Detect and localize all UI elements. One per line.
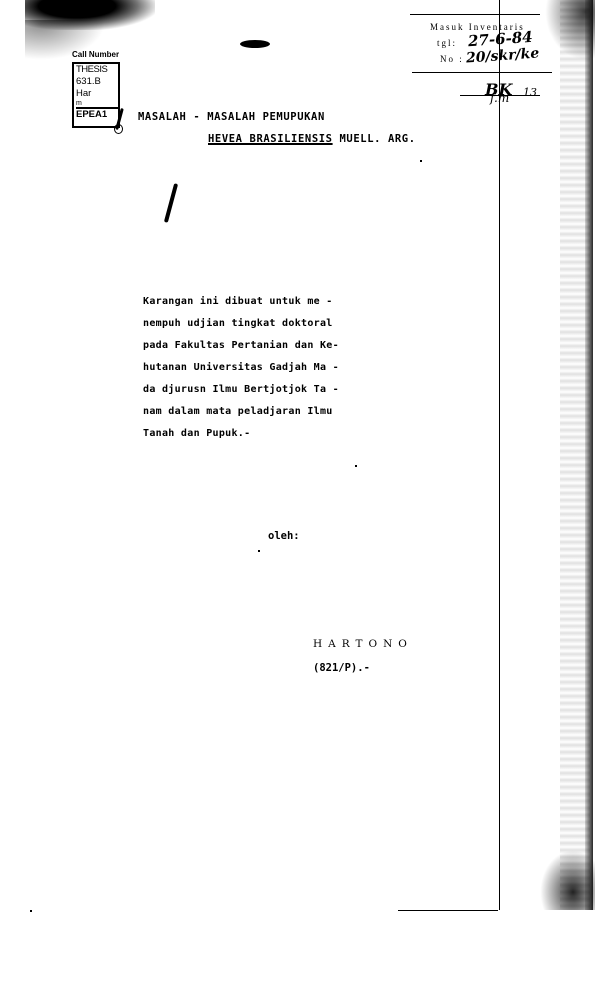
scan-noise — [545, 0, 595, 60]
scan-speck — [30, 910, 32, 912]
body-line: nam dalam mata peladjaran Ilmu — [143, 401, 339, 423]
handwritten-mark — [114, 124, 123, 134]
scan-noise — [540, 850, 595, 910]
margin-line — [499, 0, 500, 910]
stamp-line — [410, 14, 540, 15]
body-line: da djurusn Ilmu Bertjotjok Ta - — [143, 379, 339, 401]
call-number-label: Call Number — [72, 50, 119, 59]
call-number-line: 631.B — [76, 76, 118, 88]
species-author: MUELL. ARG. — [333, 133, 416, 145]
call-number-line: THESIS — [76, 64, 118, 76]
body-line: pada Fakultas Pertanian dan Ke- — [143, 335, 339, 357]
call-number-line: m — [76, 100, 118, 107]
document-title-line2: HEVEA BRASILIENSIS MUELL. ARG. — [208, 133, 416, 145]
body-line: nempuh udjian tingkat doktoral — [143, 313, 339, 335]
stamp-date-label: tgl: — [437, 38, 457, 48]
body-line: Tanah dan Pupuk.- — [143, 423, 339, 445]
stamp-line — [412, 72, 552, 73]
scan-speck — [420, 160, 422, 162]
author-id: (821/P).- — [313, 662, 370, 674]
stamp-signature-initials: f.m — [490, 91, 509, 105]
scanned-document-page: Call Number THESIS 631.B Har m EPEA1 Mas… — [0, 0, 614, 1008]
pen-stroke — [164, 183, 178, 223]
document-title-line1: MASALAH - MASALAH PEMUPUKAN — [138, 111, 325, 123]
scan-speck — [355, 465, 357, 467]
call-number-line: Har — [76, 88, 118, 100]
author-name: HARTONO — [313, 638, 413, 650]
page-right-edge — [585, 0, 593, 910]
body-line: Karangan ini dibuat untuk me - — [143, 291, 339, 313]
by-label: oleh: — [268, 530, 300, 542]
species-name: HEVEA BRASILIENSIS — [208, 133, 333, 145]
body-paragraph: Karangan ini dibuat untuk me - nempuh ud… — [143, 291, 339, 445]
body-line: hutanan Universitas Gadjah Ma - — [143, 357, 339, 379]
call-number-line: EPEA1 — [76, 107, 118, 121]
scan-smudge — [240, 40, 270, 48]
stamp-signature-number: 13 — [523, 86, 537, 99]
scan-speck — [258, 550, 260, 552]
call-number-box: THESIS 631.B Har m EPEA1 — [72, 62, 120, 128]
stamp-number-label: No : — [440, 54, 464, 64]
bottom-border-line — [398, 910, 498, 911]
